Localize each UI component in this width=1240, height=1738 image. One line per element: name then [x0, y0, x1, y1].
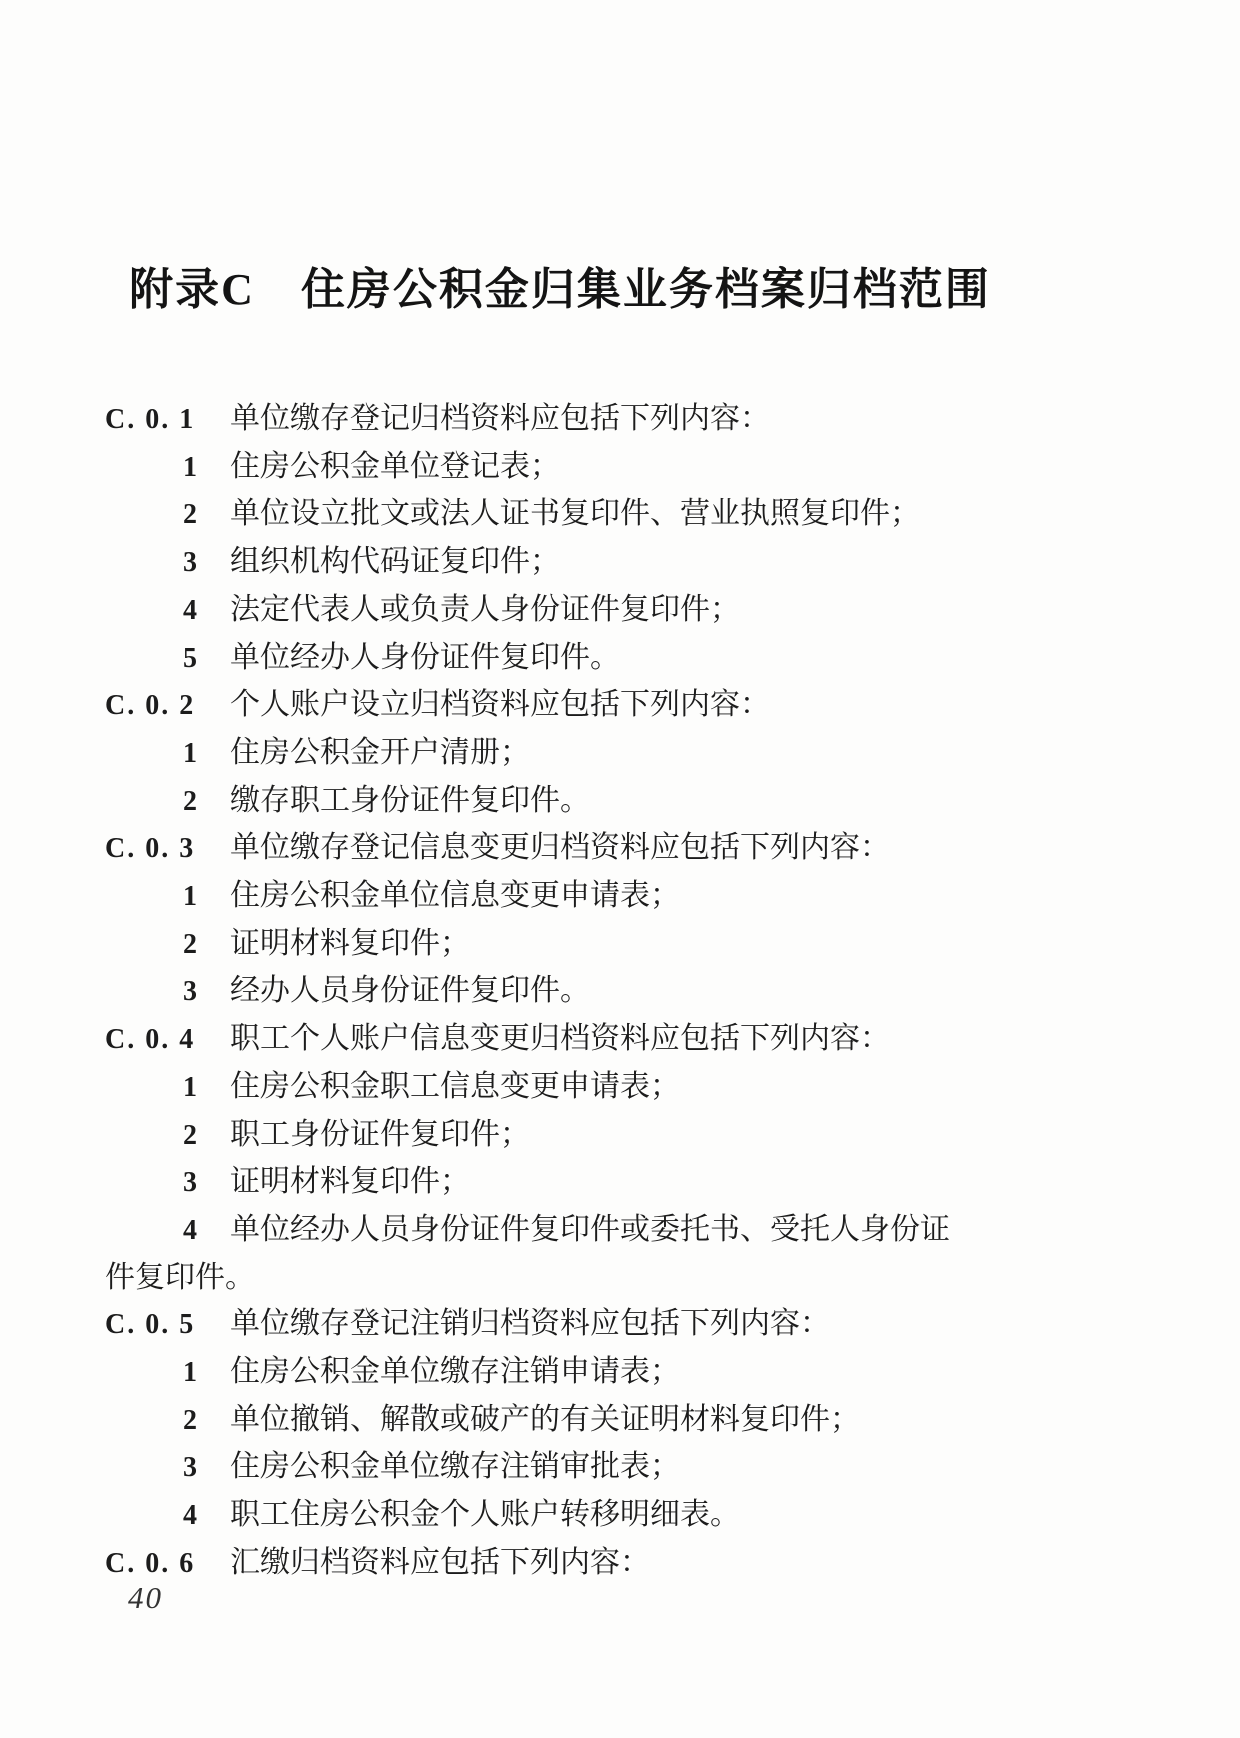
item-number: 2 — [183, 929, 197, 960]
list-item: 5单位经办人身份证件复印件。 — [105, 635, 1035, 683]
item-number: 4 — [183, 1215, 197, 1246]
document-page: 附录C 住房公积金归集业务档案归档范围 C. 0. 1单位缴存登记归档资料应包括… — [0, 0, 1240, 1738]
list-item: 4法定代表人或负责人身份证件复印件； — [105, 587, 1035, 635]
item-text: 住房公积金单位信息变更申请表； — [230, 879, 680, 912]
list-item: 4单位经办人员身份证件复印件或委托书、受托人身份证 件复印件。 — [105, 1207, 1035, 1301]
item-text: 缴存职工身份证件复印件。 — [230, 784, 590, 817]
item-number: 5 — [183, 643, 197, 674]
item-text: 单位经办人员身份证件复印件或委托书、受托人身份证 件复印件。 — [105, 1213, 950, 1294]
list-item: 1住房公积金单位登记表； — [105, 444, 1035, 492]
section: C. 0. 3单位缴存登记信息变更归档资料应包括下列内容： 1住房公积金单位信息… — [105, 825, 1035, 1016]
section-heading-line: C. 0. 6汇缴归档资料应包括下列内容： — [105, 1540, 1035, 1588]
item-number: 2 — [183, 1120, 197, 1151]
section-heading-line: C. 0. 4职工个人账户信息变更归档资料应包括下列内容： — [105, 1016, 1035, 1064]
item-text: 住房公积金职工信息变更申请表； — [230, 1070, 680, 1103]
item-number: 2 — [183, 786, 197, 817]
item-text: 职工住房公积金个人账户转移明细表。 — [230, 1498, 740, 1531]
item-text: 单位设立批文或法人证书复印件、营业执照复印件； — [230, 497, 920, 530]
section: C. 0. 1单位缴存登记归档资料应包括下列内容： 1住房公积金单位登记表； 2… — [105, 396, 1035, 682]
section-heading-text: 汇缴归档资料应包括下列内容： — [230, 1546, 650, 1579]
item-number: 1 — [183, 881, 197, 912]
item-text: 职工身份证件复印件； — [230, 1118, 530, 1151]
section-heading-text: 单位缴存登记归档资料应包括下列内容： — [230, 402, 770, 435]
section-heading-line: C. 0. 1单位缴存登记归档资料应包括下列内容： — [105, 396, 1035, 444]
item-number: 1 — [183, 452, 197, 483]
list-item: 2证明材料复印件； — [105, 921, 1035, 969]
item-text: 证明材料复印件； — [230, 927, 470, 960]
section-heading-text: 单位缴存登记信息变更归档资料应包括下列内容： — [230, 831, 890, 864]
list-item: 3证明材料复印件； — [105, 1159, 1035, 1207]
list-item: 1住房公积金单位信息变更申请表； — [105, 873, 1035, 921]
item-number: 3 — [183, 547, 197, 578]
list-item: 3经办人员身份证件复印件。 — [105, 968, 1035, 1016]
section: C. 0. 5单位缴存登记注销归档资料应包括下列内容： 1住房公积金单位缴存注销… — [105, 1301, 1035, 1540]
section-heading-text: 个人账户设立归档资料应包括下列内容： — [230, 688, 770, 721]
item-number: 4 — [183, 1500, 197, 1531]
item-text: 法定代表人或负责人身份证件复印件； — [230, 593, 740, 626]
list-item: 2单位撤销、解散或破产的有关证明材料复印件； — [105, 1397, 1035, 1445]
page-title: 附录C 住房公积金归集业务档案归档范围 — [105, 264, 1015, 317]
section: C. 0. 4职工个人账户信息变更归档资料应包括下列内容： 1住房公积金职工信息… — [105, 1016, 1035, 1301]
section: C. 0. 6汇缴归档资料应包括下列内容： — [105, 1540, 1035, 1588]
item-number: 3 — [183, 1452, 197, 1483]
list-item: 3组织机构代码证复印件； — [105, 539, 1035, 587]
list-item: 4职工住房公积金个人账户转移明细表。 — [105, 1492, 1035, 1540]
list-item: 3住房公积金单位缴存注销审批表； — [105, 1444, 1035, 1492]
item-text: 住房公积金单位缴存注销审批表； — [230, 1450, 680, 1483]
item-number: 2 — [183, 499, 197, 530]
item-text: 单位经办人身份证件复印件。 — [230, 641, 620, 674]
list-item: 2职工身份证件复印件； — [105, 1112, 1035, 1160]
section-heading-text: 职工个人账户信息变更归档资料应包括下列内容： — [230, 1022, 890, 1055]
item-text: 组织机构代码证复印件； — [230, 545, 560, 578]
section-label: C. 0. 2 — [105, 683, 230, 730]
item-text: 经办人员身份证件复印件。 — [230, 974, 590, 1007]
item-number: 2 — [183, 1405, 197, 1436]
list-item: 1住房公积金职工信息变更申请表； — [105, 1064, 1035, 1112]
section-label: C. 0. 4 — [105, 1017, 230, 1064]
item-text: 住房公积金单位登记表； — [230, 450, 560, 483]
section-label: C. 0. 5 — [105, 1302, 230, 1349]
item-number: 1 — [183, 1072, 197, 1103]
section: C. 0. 2个人账户设立归档资料应包括下列内容： 1住房公积金开户清册； 2缴… — [105, 682, 1035, 825]
item-text: 住房公积金开户清册； — [230, 736, 530, 769]
list-item: 1住房公积金单位缴存注销申请表； — [105, 1349, 1035, 1397]
section-heading-line: C. 0. 2个人账户设立归档资料应包括下列内容： — [105, 682, 1035, 730]
list-item: 2单位设立批文或法人证书复印件、营业执照复印件； — [105, 491, 1035, 539]
document-body: C. 0. 1单位缴存登记归档资料应包括下列内容： 1住房公积金单位登记表； 2… — [105, 396, 1035, 1588]
item-number: 4 — [183, 595, 197, 626]
item-text: 住房公积金单位缴存注销申请表； — [230, 1355, 680, 1388]
section-label: C. 0. 3 — [105, 826, 230, 873]
section-heading-line: C. 0. 5单位缴存登记注销归档资料应包括下列内容： — [105, 1301, 1035, 1349]
section-heading-line: C. 0. 3单位缴存登记信息变更归档资料应包括下列内容： — [105, 825, 1035, 873]
item-number: 3 — [183, 976, 197, 1007]
item-number: 1 — [183, 1357, 197, 1388]
item-text: 单位撤销、解散或破产的有关证明材料复印件； — [230, 1403, 860, 1436]
section-label: C. 0. 6 — [105, 1541, 230, 1588]
list-item: 2缴存职工身份证件复印件。 — [105, 778, 1035, 826]
page-number: 40 — [128, 1580, 163, 1616]
section-heading-text: 单位缴存登记注销归档资料应包括下列内容： — [230, 1307, 830, 1340]
list-item: 1住房公积金开户清册； — [105, 730, 1035, 778]
section-label: C. 0. 1 — [105, 397, 230, 444]
item-number: 1 — [183, 738, 197, 769]
item-text: 证明材料复印件； — [230, 1165, 470, 1198]
item-number: 3 — [183, 1167, 197, 1198]
